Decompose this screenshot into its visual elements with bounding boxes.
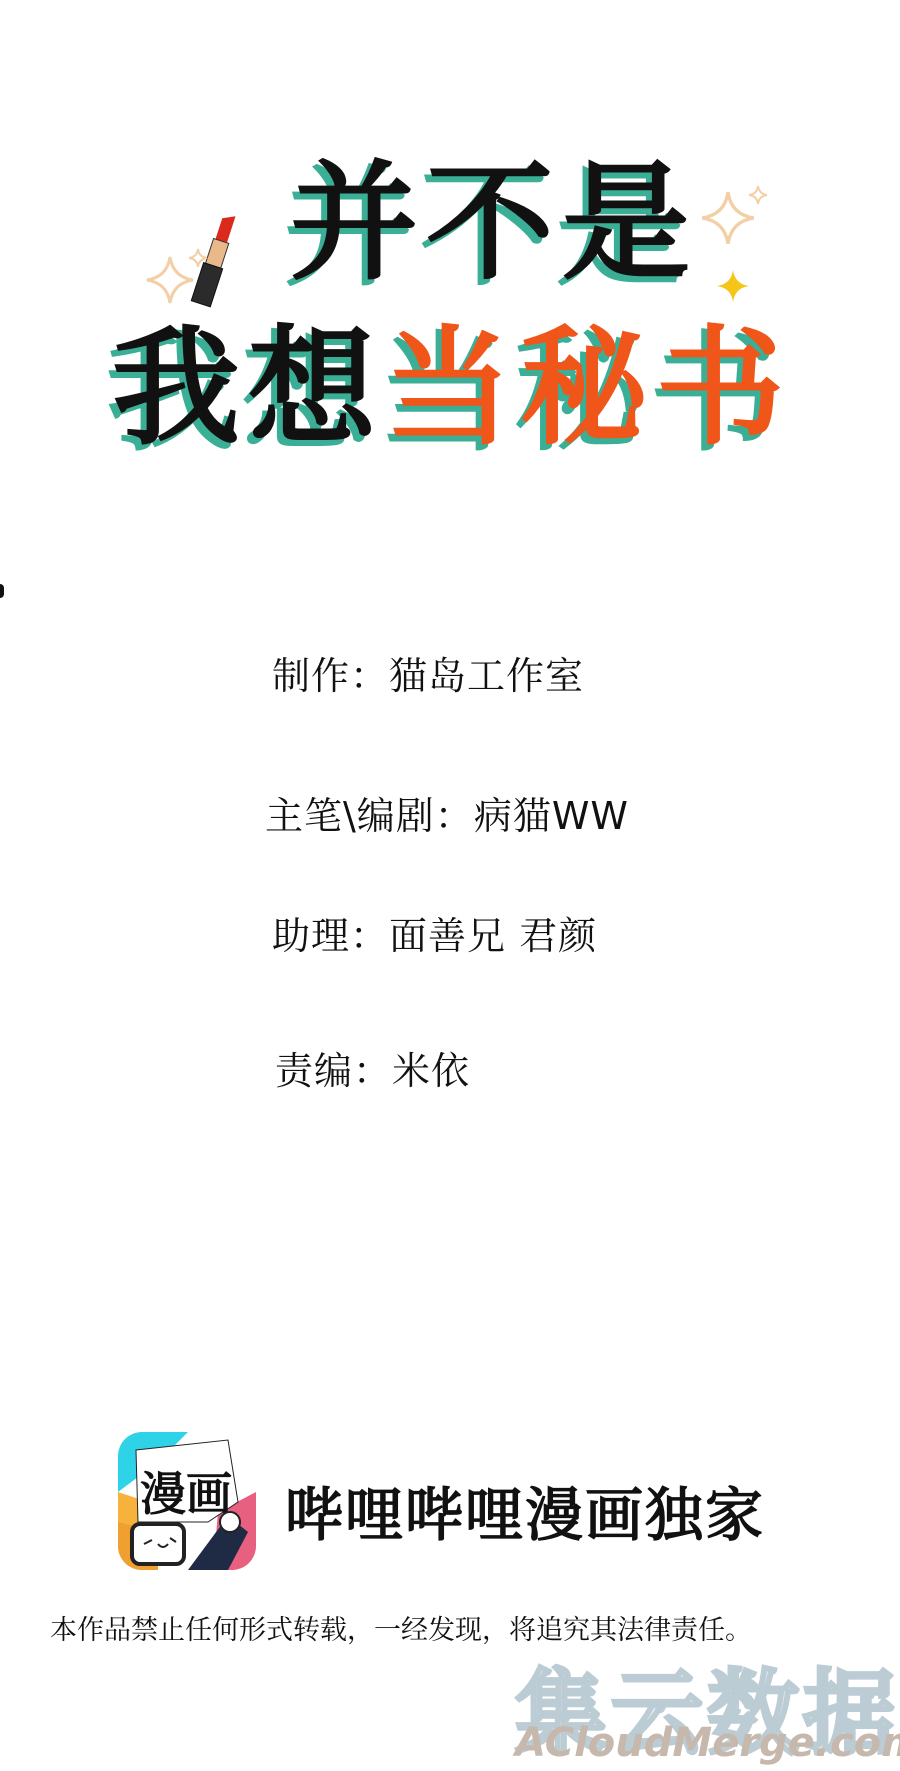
credit-label: 责编： <box>275 1049 392 1093</box>
credit-value: 米依 <box>392 1049 470 1093</box>
title-line-1: 并并不不是是 <box>290 120 698 304</box>
app-icon: 漫画 <box>118 1432 256 1570</box>
title-char: 不不 <box>426 120 562 304</box>
credit-label: 制作： <box>272 654 389 698</box>
title-char: 我我 <box>112 285 248 469</box>
brand-exclusive-text: 哔哩哔哩漫画独家 <box>285 1468 765 1552</box>
title-line-2: 我我想想当当秘秘书书 <box>112 285 792 469</box>
title-char-accent: 秘秘 <box>520 285 656 469</box>
credit-value: 猫岛工作室 <box>389 654 584 698</box>
credit-value: 病猫WW <box>474 794 629 838</box>
credit-label: 助理： <box>272 914 389 958</box>
title-char-accent: 书书 <box>656 285 792 469</box>
sparkle-icon <box>188 248 208 268</box>
credit-production: 制作：猫岛工作室 <box>272 645 584 700</box>
title-char: 是是 <box>562 120 698 304</box>
logo-text: 漫画 <box>140 1467 232 1521</box>
title-char: 并并 <box>290 120 426 304</box>
sparkle-icon <box>748 185 768 205</box>
title-char-accent: 当当 <box>384 285 520 469</box>
credit-artist-writer: 主笔\编剧：病猫WW <box>265 785 629 840</box>
bilibili-comics-logo: 漫画 <box>118 1432 256 1570</box>
credit-label: 主笔\编剧： <box>265 794 474 838</box>
watermark-en: ACloudMerge.com <box>515 1720 900 1766</box>
credit-value: 面善兄 君颜 <box>389 914 597 958</box>
credit-editor: 责编：米依 <box>275 1040 470 1095</box>
edge-mark <box>0 584 4 598</box>
credit-assistant: 助理：面善兄 君颜 <box>272 905 597 960</box>
title-char: 想想 <box>248 285 384 469</box>
